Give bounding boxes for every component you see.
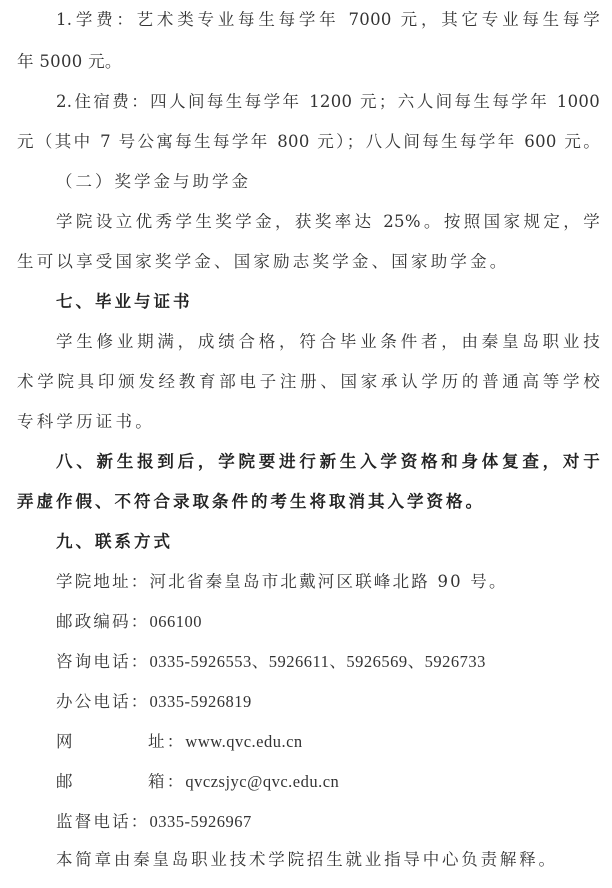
address-value: 河北省秦皇岛市北戴河区联峰北路 90 号。: [150, 572, 508, 591]
website-label-b: 址：: [148, 730, 185, 754]
supervision-phone-value: 0335-5926967: [150, 812, 252, 831]
email-label-b: 箱：: [148, 770, 185, 794]
tuition-line-1: 1.学费：艺术类专业每生每学年 7000 元，其它专业每生每学: [56, 8, 600, 32]
contact-address: 学院地址：河北省秦皇岛市北戴河区联峰北路 90 号。: [56, 570, 612, 594]
email-label-a: 邮: [56, 770, 148, 794]
postcode-value: 066100: [150, 612, 203, 631]
office-phone-label: 办公电话：: [56, 690, 150, 714]
footer-note: 本简章由秦皇岛职业技术学院招生就业指导中心负责解释。: [56, 848, 612, 872]
contact-office-phone: 办公电话：0335-5926819: [56, 690, 612, 714]
scholarship-line-2: 生可以享受国家奖学金、国家励志奖学金、国家助学金。: [17, 250, 600, 274]
office-phone-value: 0335-5926819: [150, 692, 252, 711]
website-label-a: 网: [56, 730, 148, 754]
graduation-heading: 七、毕业与证书: [56, 290, 600, 314]
supervision-phone-label: 监督电话：: [56, 810, 150, 834]
contact-website: 网址：www.qvc.edu.cn: [56, 730, 612, 754]
graduation-line-3: 专科学历证书。: [17, 410, 600, 434]
graduation-line-1: 学生修业期满，成绩合格，符合毕业条件者，由秦皇岛职业技: [56, 330, 600, 354]
postcode-label: 邮政编码：: [56, 610, 150, 634]
contact-email: 邮箱：qvczsjyc@qvc.edu.cn: [56, 770, 612, 794]
recheck-line-2: 弄虚作假、不符合录取条件的考生将取消其入学资格。: [17, 490, 600, 514]
accommodation-line-2: 元（其中 7 号公寓每生每学年 800 元）；八人间每生每学年 600 元。: [17, 130, 600, 154]
scholarship-heading: （二）奖学金与助学金: [56, 170, 600, 194]
recheck-line-1: 八、新生报到后，学院要进行新生入学资格和身体复查，对于: [56, 450, 600, 474]
graduation-line-2: 术学院具印颁发经教育部电子注册、国家承认学历的普通高等学校: [17, 370, 600, 394]
contact-inquiry-phone: 咨询电话：0335-5926553、5926611、5926569、592673…: [56, 650, 612, 674]
contact-supervision-phone: 监督电话：0335-5926967: [56, 810, 612, 834]
scholarship-line-1: 学院设立优秀学生奖学金，获奖率达 25%。按照国家规定，学: [56, 210, 600, 234]
address-label: 学院地址：: [56, 570, 150, 594]
contact-postcode: 邮政编码：066100: [56, 610, 612, 634]
tuition-line-2: 年 5000 元。: [17, 50, 600, 74]
inquiry-phone-label: 咨询电话：: [56, 650, 150, 674]
contact-heading: 九、联系方式: [56, 530, 600, 554]
accommodation-line-1: 2.住宿费：四人间每生每学年 1200 元；六人间每生每学年 1000: [56, 90, 600, 114]
document-page: 1.学费：艺术类专业每生每学年 7000 元，其它专业每生每学 年 5000 元…: [0, 0, 612, 888]
email-link[interactable]: qvczsjyc@qvc.edu.cn: [185, 772, 339, 791]
website-link[interactable]: www.qvc.edu.cn: [185, 732, 302, 751]
inquiry-phone-value: 0335-5926553、5926611、5926569、5926733: [150, 652, 486, 671]
